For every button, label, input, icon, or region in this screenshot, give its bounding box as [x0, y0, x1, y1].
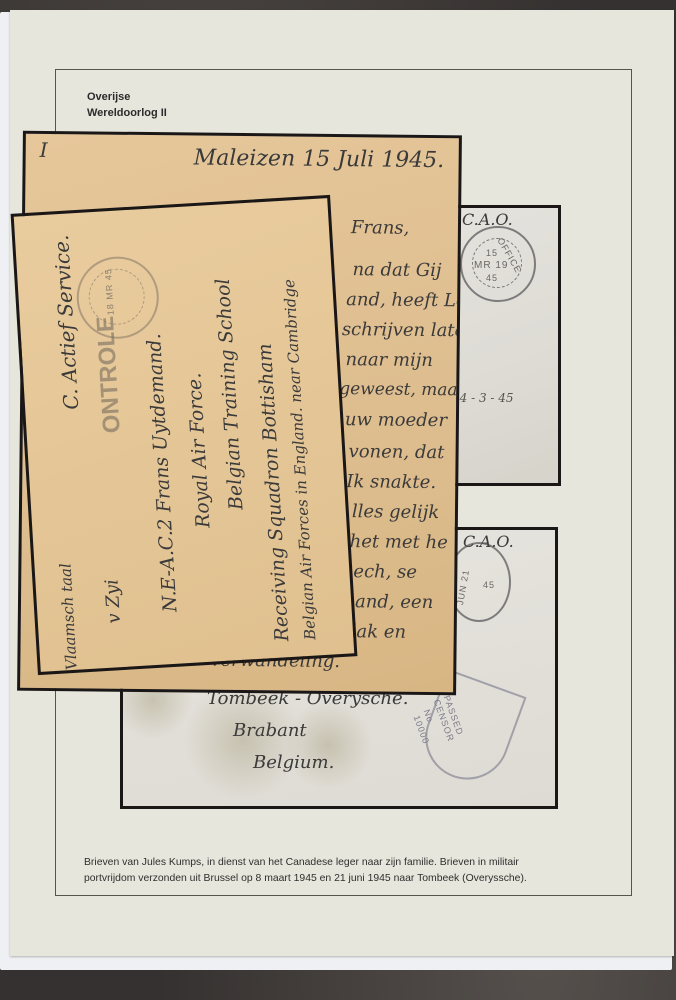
letter-line: Ik snakte.	[346, 471, 436, 493]
signature: v Zyi	[101, 579, 125, 624]
letter-line: vonen, dat	[348, 441, 444, 463]
postmark-year: 45	[483, 580, 495, 590]
caption-line-1: Brieven van Jules Kumps, in dienst van h…	[84, 855, 624, 871]
heading-topic: Wereldoorlog II	[87, 105, 167, 121]
page-heading: Overijse Wereldoorlog II	[87, 89, 167, 121]
postcard-front: 18 MR 45 ONTROLE C. Actief Service. N.E-…	[11, 195, 358, 675]
address-line-3: Belgium.	[253, 752, 334, 773]
address-line-1: C. Actief Service.	[49, 234, 83, 410]
caption-line-2: portvrijdom verzonden uit Brussel op 8 m…	[84, 871, 624, 887]
heading-location: Overijse	[87, 89, 167, 105]
address-line-3: Royal Air Force.	[183, 372, 214, 528]
letter-line: naar mijn	[345, 349, 433, 371]
letter-line: geweest, maar	[339, 379, 462, 400]
foxing-stain	[283, 700, 373, 790]
letter-line: and, heeft Lea	[346, 289, 462, 311]
letter-line: schrijven laten	[342, 319, 462, 341]
letter-line: het met he	[350, 531, 448, 553]
address-line-2: Brabant	[233, 720, 307, 741]
postmark-date-month: MR 19	[474, 260, 508, 271]
corner-mark: I	[40, 138, 48, 162]
letter-line: uw moeder	[345, 409, 447, 431]
letter-line: lles gelijk	[352, 501, 440, 523]
address-line-4: Belgian Training School	[212, 278, 248, 511]
letter-line: lak en	[351, 621, 407, 643]
letter-line: na dat Gij	[352, 259, 441, 281]
address-line-2: N.E-A.C.2 Frans Uytdemand.	[143, 333, 182, 613]
envelope-top-right: C.A.O. OFFICE 15 MR 19 45 24 - 3 - 45	[445, 205, 561, 486]
envelope-date-note: 24 - 3 - 45	[452, 391, 514, 405]
postmark-date-year: 45	[486, 273, 498, 283]
page-caption: Brieven van Jules Kumps, in dienst van h…	[84, 855, 624, 886]
letter-line: Frans,	[351, 217, 410, 239]
letter-date: Maleizen 15 Juli 1945.	[194, 146, 445, 174]
letter-line: and, een	[355, 591, 433, 613]
language-note: Vlaamsch taal	[56, 563, 80, 671]
postmark-date-day: 15	[486, 248, 498, 258]
letter-line: ech, se	[353, 561, 417, 583]
